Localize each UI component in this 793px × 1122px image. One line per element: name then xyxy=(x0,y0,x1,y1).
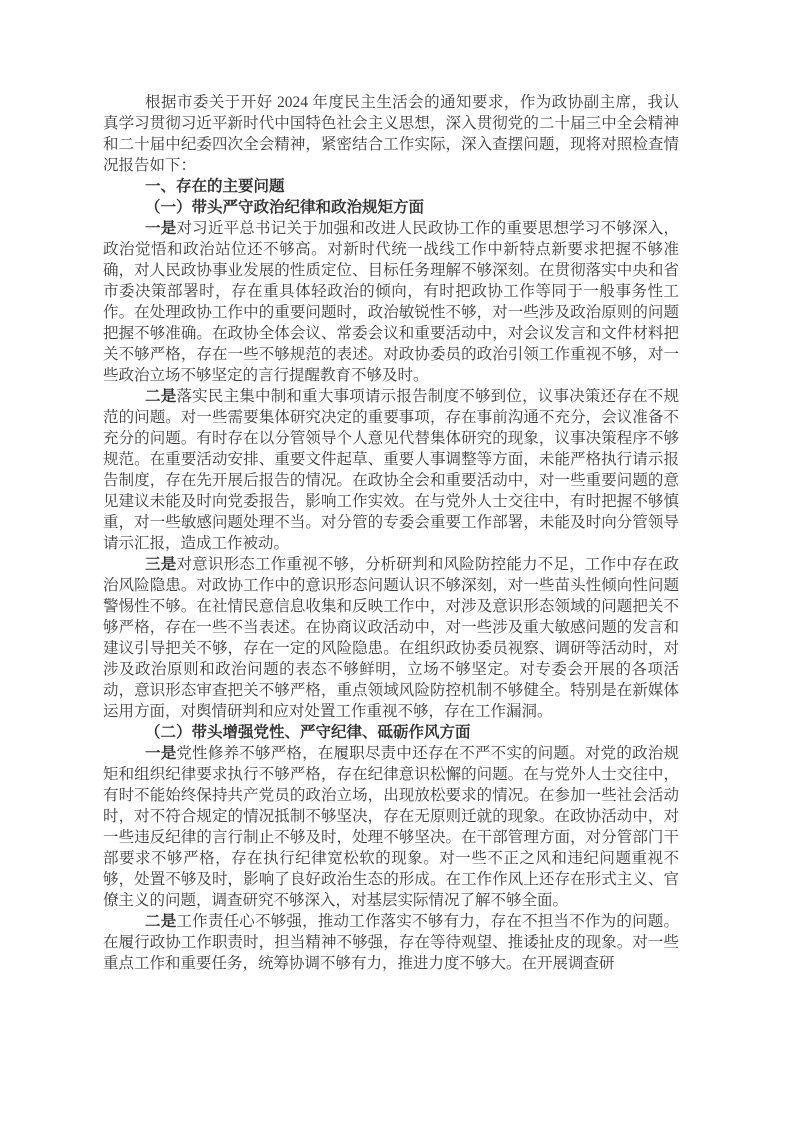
section-1-heading: 一、存在的主要问题 xyxy=(103,176,679,197)
paragraph: 一是对习近平总书记关于加强和改进人民政协工作的重要思想学习不够深入，政治觉悟和政… xyxy=(103,218,679,386)
document-content: 根据市委关于开好 2024 年度民主生活会的通知要求，作为政协副主席，我认真学习… xyxy=(103,92,679,974)
paragraph-text: 对习近平总书记关于加强和改进人民政协工作的重要思想学习不够深入，政治觉悟和政治站… xyxy=(103,220,679,384)
paragraph-text: 工作责任心不够强，推动工作落实不够有力，存在不担当不作为的问题。在履行政协工作职… xyxy=(103,913,679,972)
paragraph-lead: 二是 xyxy=(145,388,176,405)
subsection-1-2-heading: （二）带头增强党性、严守纪律、砥砺作风方面 xyxy=(103,722,679,743)
paragraph: 二是工作责任心不够强，推动工作落实不够有力，存在不担当不作为的问题。在履行政协工… xyxy=(103,911,679,974)
paragraph-lead: 一是 xyxy=(145,745,176,762)
intro-paragraph: 根据市委关于开好 2024 年度民主生活会的通知要求，作为政协副主席，我认真学习… xyxy=(103,92,679,176)
paragraph-text: 落实民主集中制和重大事项请示报告制度不够到位，议事决策还存在不规范的问题。对一些… xyxy=(103,388,679,552)
paragraph-lead: 三是 xyxy=(145,556,176,573)
paragraph-text: 对意识形态工作重视不够，分析研判和风险防控能力不足，工作中存在政治风险隐患。对政… xyxy=(103,556,679,720)
paragraph-lead: 二是 xyxy=(145,913,176,930)
paragraph: 二是落实民主集中制和重大事项请示报告制度不够到位，议事决策还存在不规范的问题。对… xyxy=(103,386,679,554)
paragraph-lead: 一是 xyxy=(145,220,176,237)
paragraph: 三是对意识形态工作重视不够，分析研判和风险防控能力不足，工作中存在政治风险隐患。… xyxy=(103,554,679,722)
subsection-1-1-heading: （一）带头严守政治纪律和政治规矩方面 xyxy=(103,197,679,218)
paragraph: 一是党性修养不够严格，在履职尽责中还存在不严不实的问题。对党的政治规矩和组织纪律… xyxy=(103,743,679,911)
paragraph-text: 党性修养不够严格，在履职尽责中还存在不严不实的问题。对党的政治规矩和组织纪律要求… xyxy=(103,745,679,909)
document-page: 根据市委关于开好 2024 年度民主生活会的通知要求，作为政协副主席，我认真学习… xyxy=(0,0,793,1122)
